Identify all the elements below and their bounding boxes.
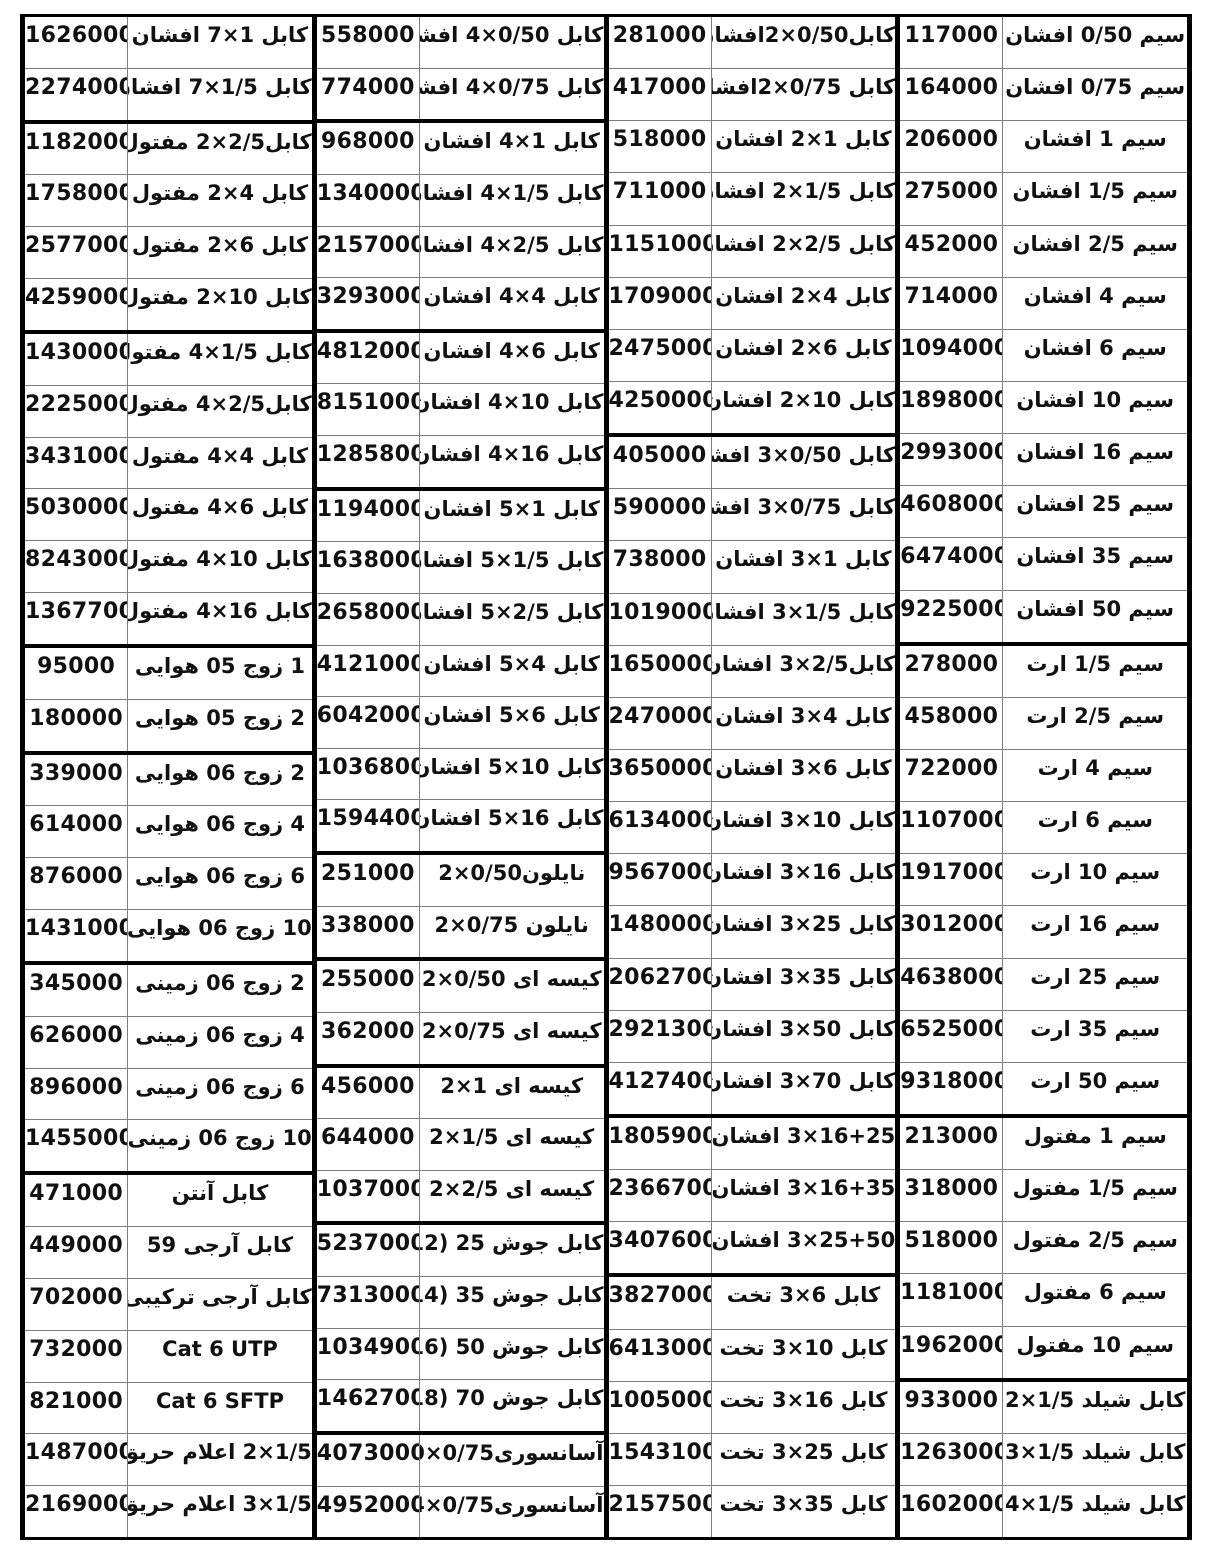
table-row: 10050000کابل 16×3 تخت	[609, 1381, 896, 1433]
price-cell: 2993000	[900, 434, 1003, 485]
price-cell: 558000	[317, 17, 420, 68]
price-cell: 2157000	[317, 227, 420, 278]
price-cell: 6525000	[900, 1011, 1003, 1062]
price-cell: 6042000	[317, 697, 420, 748]
product-name-cell: کابل 0/75×3 افشان	[712, 489, 896, 540]
product-name-cell: سیم 10 مفتول	[1003, 1327, 1187, 1378]
product-name-cell: 16+35×3 افشان	[712, 1170, 896, 1221]
product-name-cell: کابل 6×4 مفتول	[128, 489, 312, 540]
table-row: 4073000آسانسوری0/75×20	[317, 1431, 604, 1486]
table-row: 3827000کابل 6×3 تخت	[609, 1273, 896, 1328]
table-row: 449000کابل آرجی 59	[25, 1226, 312, 1278]
table-row: 14800000کابل 25×3 افشان	[609, 905, 896, 957]
product-name-cell: سیم 35 ارت	[1003, 1011, 1187, 1062]
table-row: 2225000کابل2/5×4 مفتول	[25, 385, 312, 437]
table-row: 318000سیم 1/5 مفتول	[900, 1169, 1187, 1221]
table-row: 206000سیم 1 افشان	[900, 120, 1187, 172]
price-cell: 4259000	[25, 279, 128, 330]
product-name-cell: کابل 25×3 افشان	[712, 906, 896, 957]
price-cell: 14627000	[317, 1380, 420, 1431]
product-name-cell: سیم 1 افشان	[1003, 121, 1187, 172]
table-row: 5030000کابل 6×4 مفتول	[25, 488, 312, 540]
table-row: 12858000کابل 16×4 افشان	[317, 435, 604, 487]
table-row: 1758000کابل 4×2 مفتول	[25, 174, 312, 226]
table-row: 1800002 زوج 05 هوایی	[25, 699, 312, 751]
table-row: 2366700016+35×3 افشان	[609, 1169, 896, 1221]
table-row: 4608000سیم 25 افشان	[900, 485, 1187, 537]
price-cell: 10368000	[317, 749, 420, 800]
table-row: 8243000کابل 10×4 مفتول	[25, 540, 312, 592]
price-cell: 471000	[25, 1175, 128, 1226]
price-cell: 15431000	[609, 1434, 712, 1485]
product-name-cell: سیم 6 مفتول	[1003, 1274, 1187, 1325]
product-name-cell: سیم 4 ارت	[1003, 750, 1187, 801]
product-name-cell: کابل آنتن	[128, 1175, 312, 1226]
price-cell: 1430000	[25, 334, 128, 385]
price-cell: 1181000	[900, 1274, 1003, 1325]
table-row: 6260004 زوج 06 زمینی	[25, 1016, 312, 1068]
product-name-cell: کابل 16×3 تخت	[712, 1382, 896, 1433]
table-row: 2993000سیم 16 افشان	[900, 433, 1187, 485]
price-cell: 164000	[900, 69, 1003, 120]
table-row: 6134000کابل 10×3 افشان	[609, 801, 896, 853]
table-row: 1709000کابل 4×2 افشان	[609, 277, 896, 329]
table-row: 711000کابل 1/5×2 افشان	[609, 172, 896, 224]
product-name-cell: کابل 1×5 افشان	[420, 491, 604, 542]
product-name-cell: 4 زوج 06 زمینی	[128, 1017, 312, 1068]
price-cell: 1194000	[317, 491, 420, 542]
table-row: 362000کیسه ای 0/75×2	[317, 1012, 604, 1064]
table-row: 281000کابل0/50×2افشان	[609, 17, 896, 68]
price-cell: 774000	[317, 69, 420, 120]
product-name-cell: سیم 2/5 مفتول	[1003, 1222, 1187, 1273]
table-row: 13677000کابل 16×4 مفتول	[25, 592, 312, 644]
product-name-cell: کابل 2/5×4 افشان	[420, 227, 604, 278]
product-name-cell: کابل 4×4 مفتول	[128, 438, 312, 489]
product-name-cell: 2 زوج 06 هوایی	[128, 755, 312, 806]
product-name-cell: کابل 1×2 افشان	[712, 121, 896, 172]
table-row: 2470000کابل 4×3 افشان	[609, 697, 896, 749]
product-name-cell: 2 زوج 05 هوایی	[128, 700, 312, 751]
price-cell: 518000	[609, 121, 712, 172]
table-row: 456000کیسه ای 1×2	[317, 1064, 604, 1119]
price-cell: 41274000	[609, 1063, 712, 1114]
product-name-cell: سیم 0/75 افشان	[1003, 69, 1187, 120]
price-cell: 4638000	[900, 959, 1003, 1010]
product-name-cell: کابل 1/5×2 افشان	[712, 173, 896, 224]
table-row: 9567000کابل 16×3 افشان	[609, 853, 896, 905]
price-cell: 711000	[609, 173, 712, 224]
price-cell: 1758000	[25, 175, 128, 226]
product-name-cell: سیم 16 افشان	[1003, 434, 1187, 485]
column-pair-3: 281000کابل0/50×2افشان417000کابل 0/75×2اف…	[604, 17, 896, 1537]
table-row: 3650000کابل 6×3 افشان	[609, 749, 896, 801]
table-row: 405000کابل 0/50×3 افشان	[609, 433, 896, 488]
price-cell: 251000	[317, 855, 420, 906]
table-row: 3293000کابل 4×4 افشان	[317, 277, 604, 329]
product-name-cell: کابل 25×3 تخت	[712, 1434, 896, 1485]
product-name-cell: کابل 1×7 افشان	[128, 17, 312, 68]
product-name-cell: کابل شیلد 1/5×2	[1003, 1382, 1187, 1433]
price-cell: 2274000	[25, 69, 128, 120]
price-cell: 7313000	[317, 1277, 420, 1328]
table-row: 21690001/5×3 اعلام حریق	[25, 1485, 312, 1537]
table-row: 1917000سیم 10 ارت	[900, 853, 1187, 905]
table-row: 15431000کابل 25×3 تخت	[609, 1433, 896, 1485]
price-cell: 1650000	[609, 646, 712, 697]
price-cell: 968000	[317, 123, 420, 174]
product-name-cell: کابل 0/50×3 افشان	[712, 437, 896, 488]
table-row: 4952000آسانسوری0/75×24	[317, 1486, 604, 1538]
price-cell: 1638000	[317, 542, 420, 593]
product-name-cell: کابل جوش 70 (18)	[420, 1380, 604, 1431]
price-cell: 4952000	[317, 1487, 420, 1538]
table-row: 968000کابل 1×4 افشان	[317, 119, 604, 174]
table-row: 4638000سیم 25 ارت	[900, 958, 1187, 1010]
table-row: 714000سیم 4 افشان	[900, 277, 1187, 329]
product-name-cell: کابل 0/50×4 افشان	[420, 17, 604, 68]
product-name-cell: 10 زوج 06 زمینی	[128, 1120, 312, 1171]
table-row: 644000کیسه ای 1/5×2	[317, 1118, 604, 1170]
price-cell: 95000	[25, 648, 128, 699]
product-name-cell: سیم 1 مفتول	[1003, 1118, 1187, 1169]
product-name-cell: کابل 50×3 افشان	[712, 1011, 896, 1062]
price-cell: 1898000	[900, 382, 1003, 433]
table-row: 2274000کابل 1/5×7 افشان	[25, 68, 312, 120]
product-name-cell: کابل 2/5×5 افشان	[420, 594, 604, 645]
product-name-cell: کابل 6×2 مفتول	[128, 227, 312, 278]
product-name-cell: کابل 4×2 مفتول	[128, 175, 312, 226]
table-row: 6413000کابل 10×3 تخت	[609, 1329, 896, 1381]
table-row: 1182000کابل2/5×2 مفتول	[25, 120, 312, 175]
product-name-cell: کابل 10×4 مفتول	[128, 541, 312, 592]
product-name-cell: کابل 1×3 افشان	[712, 541, 896, 592]
price-cell: 34076000	[609, 1222, 712, 1273]
product-name-cell: کابل 70×3 افشان	[712, 1063, 896, 1114]
product-name-cell: کابل 6×4 افشان	[420, 333, 604, 384]
product-name-cell: کابل جوش 35 (14)	[420, 1277, 604, 1328]
product-name-cell: 1 زوج 05 هوایی	[128, 648, 312, 699]
product-name-cell: کابل 1/5×7 افشان	[128, 69, 312, 120]
price-cell: 738000	[609, 541, 712, 592]
table-row: 8760006 زوج 06 هوایی	[25, 857, 312, 909]
table-row: 9225000سیم 50 افشان	[900, 590, 1187, 642]
product-name-cell: 1/5×3 اعلام حریق	[128, 1486, 312, 1537]
product-name-cell: Cat 6 UTP	[128, 1331, 312, 1382]
table-row: 458000سیم 2/5 ارت	[900, 697, 1187, 749]
price-cell: 10349000	[317, 1329, 420, 1380]
price-cell: 2470000	[609, 698, 712, 749]
product-name-cell: آسانسوری0/75×20	[420, 1435, 604, 1486]
price-cell: 4073000	[317, 1435, 420, 1486]
table-row: 2658000کابل 2/5×5 افشان	[317, 593, 604, 645]
product-name-cell: کیسه ای 0/75×2	[420, 1013, 604, 1064]
table-row: 14627000کابل جوش 70 (18)	[317, 1379, 604, 1431]
product-name-cell: سیم 10 افشان	[1003, 382, 1187, 433]
product-name-cell: کابل2/5×2 مفتول	[128, 124, 312, 175]
table-row: 255000کیسه ای 0/50×2	[317, 957, 604, 1012]
table-row: 518000سیم 2/5 مفتول	[900, 1221, 1187, 1273]
product-name-cell: سیم 50 افشان	[1003, 591, 1187, 642]
price-cell: 4250000	[609, 382, 712, 433]
price-cell: 1962000	[900, 1327, 1003, 1378]
price-cell: 1094000	[900, 330, 1003, 381]
table-row: 1602000کابل شیلد 1/5×4	[900, 1485, 1187, 1537]
price-cell: 206000	[900, 121, 1003, 172]
table-row: 143100010 زوج 06 هوایی	[25, 909, 312, 961]
table-row: 278000سیم 1/5 ارت	[900, 642, 1187, 697]
product-name-cell: سیم 1/5 افشان	[1003, 173, 1187, 224]
price-cell: 213000	[900, 1118, 1003, 1169]
table-row: 15944000کابل 16×5 افشان	[317, 799, 604, 851]
product-name-cell: کابل 1×4 افشان	[420, 123, 604, 174]
price-cell: 626000	[25, 1017, 128, 1068]
product-name-cell: سیم 10 ارت	[1003, 854, 1187, 905]
product-name-cell: کابل 4×5 افشان	[420, 646, 604, 697]
product-name-cell: کابل 16×3 افشان	[712, 854, 896, 905]
price-table: 1626000کابل 1×7 افشان2274000کابل 1/5×7 ا…	[20, 14, 1192, 1540]
price-cell: 5030000	[25, 489, 128, 540]
product-name-cell: نایلون 0/75×2	[420, 907, 604, 958]
table-row: 732000Cat 6 UTP	[25, 1330, 312, 1382]
table-row: 275000سیم 1/5 افشان	[900, 172, 1187, 224]
table-row: 452000سیم 2/5 افشان	[900, 225, 1187, 277]
product-name-cell: کابل 35×3 افشان	[712, 959, 896, 1010]
price-cell: 8151000	[317, 384, 420, 435]
price-cell: 714000	[900, 278, 1003, 329]
product-name-cell: کابل 0/75×4 افشان	[420, 69, 604, 120]
product-name-cell: کابل شیلد 1/5×4	[1003, 1486, 1187, 1537]
product-name-cell: سیم 6 افشان	[1003, 330, 1187, 381]
price-cell: 4608000	[900, 486, 1003, 537]
price-cell: 933000	[900, 1382, 1003, 1433]
table-row: 9318000سیم 50 ارت	[900, 1062, 1187, 1114]
product-name-cell: کابل2/5×3 افشان	[712, 646, 896, 697]
price-cell: 339000	[25, 755, 128, 806]
product-name-cell: سیم 25 ارت	[1003, 959, 1187, 1010]
price-cell: 255000	[317, 961, 420, 1012]
table-row: 2577000کابل 6×2 مفتول	[25, 226, 312, 278]
product-name-cell: کابل 1/5×3 افشان	[712, 594, 896, 645]
product-name-cell: سیم 25 افشان	[1003, 486, 1187, 537]
price-cell: 458000	[900, 698, 1003, 749]
price-cell: 12858000	[317, 436, 420, 487]
price-cell: 1431000	[25, 910, 128, 961]
price-cell: 318000	[900, 1170, 1003, 1221]
product-name-cell: کابل 6×3 تخت	[712, 1277, 896, 1328]
price-cell: 896000	[25, 1069, 128, 1120]
table-row: 6525000سیم 35 ارت	[900, 1010, 1187, 1062]
price-cell: 417000	[609, 69, 712, 120]
product-name-cell: کابل 0/75×2افشان	[712, 69, 896, 120]
price-cell: 722000	[900, 750, 1003, 801]
table-row: 6474000سیم 35 افشان	[900, 537, 1187, 589]
product-name-cell: کابل 10×3 افشان	[712, 802, 896, 853]
table-row: 950001 زوج 05 هوایی	[25, 644, 312, 699]
table-row: 518000کابل 1×2 افشان	[609, 120, 896, 172]
price-cell: 1487000	[25, 1434, 128, 1485]
product-name-cell: سیم 16 ارت	[1003, 906, 1187, 957]
table-row: 4121000کابل 4×5 افشان	[317, 645, 604, 697]
table-row: 145500010 زوج 06 زمینی	[25, 1119, 312, 1171]
table-row: 117000سیم 0/50 افشان	[900, 17, 1187, 68]
table-row: 21575000کابل 35×3 تخت	[609, 1485, 896, 1537]
product-name-cell: 25+50×3 افشان	[712, 1222, 896, 1273]
table-row: 3012000سیم 16 ارت	[900, 905, 1187, 957]
table-row: 4812000کابل 6×4 افشان	[317, 329, 604, 384]
table-row: 3390002 زوج 06 هوایی	[25, 751, 312, 806]
product-name-cell: کابل شیلد 1/5×3	[1003, 1434, 1187, 1485]
product-name-cell: Cat 6 SFTP	[128, 1383, 312, 1434]
product-name-cell: کابل 10×2 مفتول	[128, 279, 312, 330]
table-row: 41274000کابل 70×3 افشان	[609, 1062, 896, 1114]
price-cell: 180000	[25, 700, 128, 751]
product-name-cell: کابل جوش 25 (12)	[420, 1225, 604, 1276]
price-cell: 518000	[900, 1222, 1003, 1273]
table-row: 774000کابل 0/75×4 افشان	[317, 68, 604, 120]
price-cell: 281000	[609, 17, 712, 68]
column-pair-2: 558000کابل 0/50×4 افشان774000کابل 0/75×4…	[312, 17, 604, 1537]
price-cell: 1917000	[900, 854, 1003, 905]
product-name-cell: سیم 2/5 افشان	[1003, 226, 1187, 277]
table-row: 164000سیم 0/75 افشان	[900, 68, 1187, 120]
price-cell: 2225000	[25, 386, 128, 437]
table-row: 722000سیم 4 ارت	[900, 749, 1187, 801]
product-name-cell: 4 زوج 06 هوایی	[128, 806, 312, 857]
product-name-cell: کابل 35×3 تخت	[712, 1486, 896, 1537]
price-cell: 5237000	[317, 1225, 420, 1276]
price-cell: 644000	[317, 1119, 420, 1170]
product-name-cell: کابل 4×4 افشان	[420, 278, 604, 329]
table-row: 702000کابل آرجی ترکیبی	[25, 1278, 312, 1330]
table-row: 1962000سیم 10 مفتول	[900, 1326, 1187, 1378]
product-name-cell: کابل 10×5 افشان	[420, 749, 604, 800]
price-cell: 9318000	[900, 1063, 1003, 1114]
table-row: 1037000کیسه ای 2/5×2	[317, 1170, 604, 1222]
price-cell: 4121000	[317, 646, 420, 697]
table-row: 4250000کابل 10×2 افشان	[609, 381, 896, 433]
product-name-cell: سیم 6 ارت	[1003, 802, 1187, 853]
price-cell: 2577000	[25, 227, 128, 278]
price-cell: 13677000	[25, 593, 128, 644]
price-cell: 1455000	[25, 1120, 128, 1171]
table-row: 20627000کابل 35×3 افشان	[609, 958, 896, 1010]
price-cell: 117000	[900, 17, 1003, 68]
product-name-cell: کابل 10×2 افشان	[712, 382, 896, 433]
price-cell: 1340000	[317, 175, 420, 226]
table-row: 738000کابل 1×3 افشان	[609, 540, 896, 592]
price-cell: 614000	[25, 806, 128, 857]
product-name-cell: کابل 16×4 افشان	[420, 436, 604, 487]
price-cell: 3827000	[609, 1277, 712, 1328]
table-row: 3431000کابل 4×4 مفتول	[25, 437, 312, 489]
price-cell: 2475000	[609, 330, 712, 381]
table-row: 1650000کابل2/5×3 افشان	[609, 645, 896, 697]
price-cell: 449000	[25, 1227, 128, 1278]
price-cell: 345000	[25, 965, 128, 1016]
price-cell: 15944000	[317, 800, 420, 851]
product-name-cell: کابل 2/5×2 افشان	[712, 226, 896, 277]
table-row: 2157000کابل 2/5×4 افشان	[317, 226, 604, 278]
table-row: 1019000کابل 1/5×3 افشان	[609, 593, 896, 645]
table-row: 3450002 زوج 06 زمینی	[25, 961, 312, 1016]
product-name-cell: کابل 6×3 افشان	[712, 750, 896, 801]
table-row: 1626000کابل 1×7 افشان	[25, 17, 312, 68]
product-name-cell: کیسه ای 0/50×2	[420, 961, 604, 1012]
price-cell: 702000	[25, 1279, 128, 1330]
price-cell: 21575000	[609, 1486, 712, 1537]
price-cell: 590000	[609, 489, 712, 540]
product-name-cell: کیسه ای 1/5×2	[420, 1119, 604, 1170]
table-row: 558000کابل 0/50×4 افشان	[317, 17, 604, 68]
table-row: 1263000کابل شیلد 1/5×3	[900, 1433, 1187, 1485]
table-row: 471000کابل آنتن	[25, 1171, 312, 1226]
price-cell: 278000	[900, 646, 1003, 697]
product-name-cell: سیم 1/5 مفتول	[1003, 1170, 1187, 1221]
price-cell: 275000	[900, 173, 1003, 224]
price-cell: 1709000	[609, 278, 712, 329]
table-row: 213000سیم 1 مفتول	[900, 1114, 1187, 1169]
product-name-cell: کابل آرجی ترکیبی	[128, 1279, 312, 1330]
table-row: 1194000کابل 1×5 افشان	[317, 487, 604, 542]
product-name-cell: سیم 4 افشان	[1003, 278, 1187, 329]
table-row: 1430000کابل 1/5×4 مفتول	[25, 330, 312, 385]
price-cell: 1182000	[25, 124, 128, 175]
product-name-cell: کابل آرجی 59	[128, 1227, 312, 1278]
table-row: 10349000کابل جوش 50 (16)	[317, 1328, 604, 1380]
product-name-cell: کابل 4×2 افشان	[712, 278, 896, 329]
product-name-cell: کابل 10×4 افشان	[420, 384, 604, 435]
product-name-cell: 6 زوج 06 زمینی	[128, 1069, 312, 1120]
price-cell: 1151000	[609, 226, 712, 277]
product-name-cell: کیسه ای 1×2	[420, 1068, 604, 1119]
table-row: 1898000سیم 10 افشان	[900, 381, 1187, 433]
price-cell: 9567000	[609, 854, 712, 905]
table-row: 338000نایلون 0/75×2	[317, 906, 604, 958]
product-name-cell: سیم 50 ارت	[1003, 1063, 1187, 1114]
price-cell: 1037000	[317, 1171, 420, 1222]
price-cell: 876000	[25, 858, 128, 909]
product-name-cell: سیم 1/5 ارت	[1003, 646, 1187, 697]
table-row: 1805900016+25×3 افشان	[609, 1114, 896, 1169]
product-name-cell: 10 زوج 06 هوایی	[128, 910, 312, 961]
product-name-cell: کابل 1/5×4 مفتول	[128, 334, 312, 385]
column-pair-4: 117000سیم 0/50 افشان164000سیم 0/75 افشان…	[895, 17, 1187, 1537]
product-name-cell: کابل 4×3 افشان	[712, 698, 896, 749]
product-name-cell: کیسه ای 2/5×2	[420, 1171, 604, 1222]
product-name-cell: سیم 0/50 افشان	[1003, 17, 1187, 68]
table-row: 6140004 زوج 06 هوایی	[25, 805, 312, 857]
product-name-cell: کابل 10×3 تخت	[712, 1330, 896, 1381]
product-name-cell: کابل 1/5×4 افشان	[420, 175, 604, 226]
price-cell: 8243000	[25, 541, 128, 592]
product-name-cell: کابل0/50×2افشان	[712, 17, 896, 68]
price-cell: 405000	[609, 437, 712, 488]
price-cell: 452000	[900, 226, 1003, 277]
table-row: 590000کابل 0/75×3 افشان	[609, 488, 896, 540]
price-cell: 14800000	[609, 906, 712, 957]
product-name-cell: کابل 6×2 افشان	[712, 330, 896, 381]
price-cell: 3431000	[25, 438, 128, 489]
price-cell: 4812000	[317, 333, 420, 384]
price-cell: 20627000	[609, 959, 712, 1010]
table-row: 821000Cat 6 SFTP	[25, 1382, 312, 1434]
price-cell: 2169000	[25, 1486, 128, 1537]
price-cell: 29213000	[609, 1011, 712, 1062]
product-name-cell: 16+25×3 افشان	[712, 1118, 896, 1169]
product-name-cell: کابل جوش 50 (16)	[420, 1329, 604, 1380]
price-cell: 6413000	[609, 1330, 712, 1381]
